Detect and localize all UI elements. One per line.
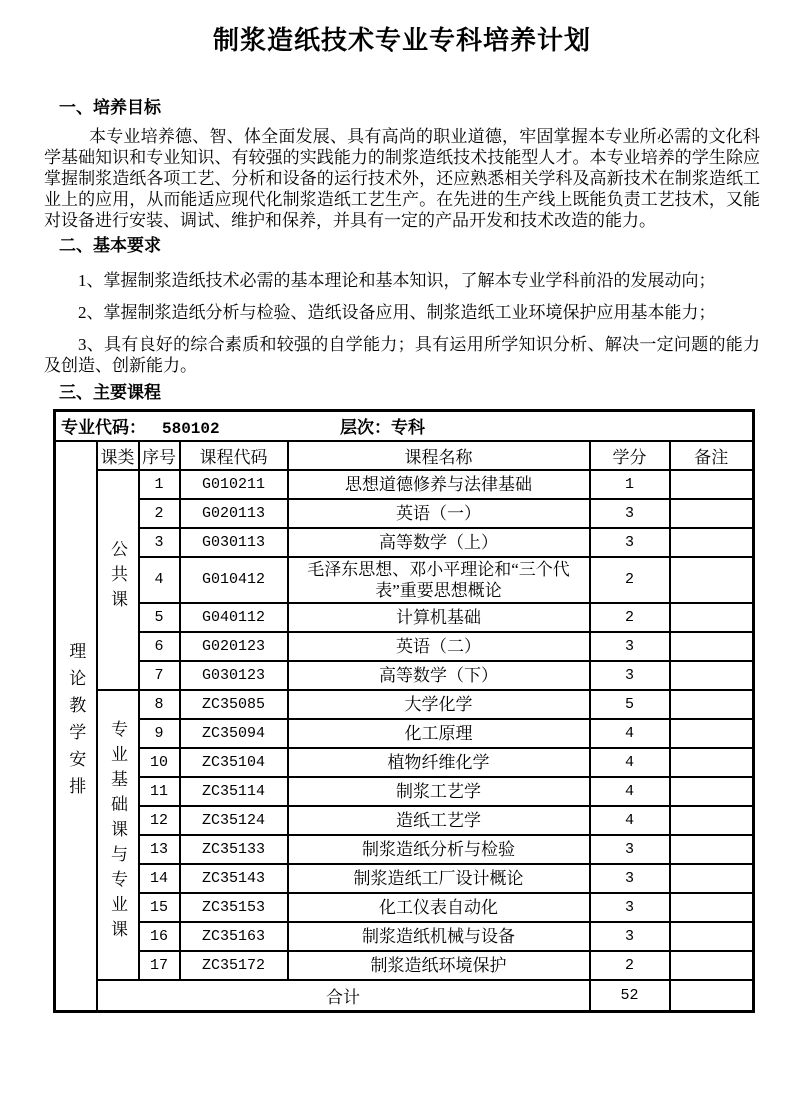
course-note	[670, 748, 754, 777]
course-credits: 3	[590, 893, 670, 922]
course-name: 思想道德修养与法律基础	[288, 470, 590, 499]
course-code: G010211	[180, 470, 288, 499]
course-name: 化工仪表自动化	[288, 893, 590, 922]
course-credits: 3	[590, 528, 670, 557]
table-row: 公共课1 G010211 思想道德修养与法律基础 1	[55, 470, 754, 499]
document-page: 制浆造纸技术专业专科培养计划 一、培养目标 本专业培养德、智、体全面发展、具有高…	[0, 22, 800, 1013]
course-name: 大学化学	[288, 690, 590, 719]
table-row: 13 ZC35133 制浆造纸分析与检验 3	[55, 835, 754, 864]
course-no: 11	[139, 777, 180, 806]
course-note	[670, 499, 754, 528]
course-credits: 1	[590, 470, 670, 499]
requirement-item-2: 2、掌握制浆造纸分析与检验、造纸设备应用、制浆造纸工业环境保护应用基本能力；	[44, 302, 760, 323]
column-header-no: 序号	[139, 441, 180, 470]
column-header-credits: 学分	[590, 441, 670, 470]
table-row: 16 ZC35163 制浆造纸机械与设备 3	[55, 922, 754, 951]
course-note	[670, 922, 754, 951]
table-header-row: 理论教学安排 课类 序号 课程代码 课程名称 学分 备注	[55, 441, 754, 470]
course-note	[670, 603, 754, 632]
level-value: 专科	[391, 413, 425, 438]
table-meta-cell: 专业代码：580102 层次：专科	[55, 411, 754, 441]
course-credits: 2	[590, 557, 670, 603]
course-credits: 3	[590, 835, 670, 864]
course-no: 8	[139, 690, 180, 719]
course-note	[670, 690, 754, 719]
table-row: 9 ZC35094 化工原理 4	[55, 719, 754, 748]
course-note	[670, 777, 754, 806]
course-no: 16	[139, 922, 180, 951]
course-no: 4	[139, 557, 180, 603]
table-row: 2 G020113 英语（一） 3	[55, 499, 754, 528]
course-note	[670, 893, 754, 922]
course-no: 1	[139, 470, 180, 499]
course-name: 高等数学（上）	[288, 528, 590, 557]
table-row: 17 ZC35172 制浆造纸环境保护 2	[55, 951, 754, 980]
course-no: 9	[139, 719, 180, 748]
table-row: 12 ZC35124 造纸工艺学 4	[55, 806, 754, 835]
course-note	[670, 557, 754, 603]
course-name: 造纸工艺学	[288, 806, 590, 835]
course-no: 7	[139, 661, 180, 690]
course-code: G040112	[180, 603, 288, 632]
course-name: 英语（二）	[288, 632, 590, 661]
training-objectives-heading: 一、培养目标	[59, 97, 760, 119]
requirement-item-1: 1、掌握制浆造纸技术必需的基本理论和基本知识，了解本专业学科前沿的发展动向；	[44, 270, 760, 291]
total-label: 合计	[97, 980, 590, 1012]
course-note	[670, 719, 754, 748]
course-name: 制浆造纸分析与检验	[288, 835, 590, 864]
course-no: 6	[139, 632, 180, 661]
course-code: ZC35143	[180, 864, 288, 893]
course-code: ZC35085	[180, 690, 288, 719]
column-header-name: 课程名称	[288, 441, 590, 470]
table-row: 7 G030123 高等数学（下） 3	[55, 661, 754, 690]
course-code: ZC35124	[180, 806, 288, 835]
course-code: G030113	[180, 528, 288, 557]
course-name: 制浆造纸环境保护	[288, 951, 590, 980]
course-no: 3	[139, 528, 180, 557]
course-name: 植物纤维化学	[288, 748, 590, 777]
course-code: G020123	[180, 632, 288, 661]
side-label-theory-teaching: 理论教学安排	[55, 441, 97, 1012]
course-code: G010412	[180, 557, 288, 603]
course-no: 5	[139, 603, 180, 632]
course-name: 高等数学（下）	[288, 661, 590, 690]
course-no: 14	[139, 864, 180, 893]
course-code: ZC35163	[180, 922, 288, 951]
table-row: 14 ZC35143 制浆造纸工厂设计概论 3	[55, 864, 754, 893]
main-courses-heading: 三、主要课程	[59, 382, 760, 404]
course-code: G030123	[180, 661, 288, 690]
course-note	[670, 632, 754, 661]
table-row: 3 G030113 高等数学（上） 3	[55, 528, 754, 557]
table-row: 15 ZC35153 化工仪表自动化 3	[55, 893, 754, 922]
total-note	[670, 980, 754, 1012]
course-code: ZC35133	[180, 835, 288, 864]
course-code: ZC35094	[180, 719, 288, 748]
course-group-label: 公共课	[97, 470, 139, 690]
basic-requirements-heading: 二、基本要求	[59, 235, 760, 257]
course-name: 制浆造纸机械与设备	[288, 922, 590, 951]
course-credits: 4	[590, 748, 670, 777]
course-note	[670, 835, 754, 864]
course-note	[670, 951, 754, 980]
column-header-note: 备注	[670, 441, 754, 470]
course-group-label: 专业基础课与专业课	[97, 690, 139, 980]
course-no: 15	[139, 893, 180, 922]
course-no: 12	[139, 806, 180, 835]
course-credits: 4	[590, 777, 670, 806]
table-row: 6 G020123 英语（二） 3	[55, 632, 754, 661]
course-name: 化工原理	[288, 719, 590, 748]
course-no: 2	[139, 499, 180, 528]
course-name: 制浆造纸工厂设计概论	[288, 864, 590, 893]
course-no: 10	[139, 748, 180, 777]
course-credits: 3	[590, 632, 670, 661]
training-objectives-paragraph: 本专业培养德、智、体全面发展、具有高尚的职业道德，牢固掌握本专业所必需的文化科学…	[44, 126, 760, 231]
course-credits: 2	[590, 951, 670, 980]
course-credits: 5	[590, 690, 670, 719]
course-credits: 3	[590, 922, 670, 951]
course-credits: 3	[590, 499, 670, 528]
major-code-label: 专业代码：	[61, 418, 146, 437]
course-name: 毛泽东思想、邓小平理论和“三个代表”重要思想概论	[288, 557, 590, 603]
table-row: 11 ZC35114 制浆工艺学 4	[55, 777, 754, 806]
course-credits: 4	[590, 719, 670, 748]
major-code-value: 580102	[162, 420, 220, 438]
course-code: G020113	[180, 499, 288, 528]
course-no: 13	[139, 835, 180, 864]
course-note	[670, 806, 754, 835]
course-code: ZC35153	[180, 893, 288, 922]
course-credits: 3	[590, 864, 670, 893]
total-credits: 52	[590, 980, 670, 1012]
level-label: 层次：	[340, 413, 391, 438]
table-row: 专业基础课与专业课8 ZC35085 大学化学 5	[55, 690, 754, 719]
column-header-category: 课类	[97, 441, 139, 470]
course-code: ZC35172	[180, 951, 288, 980]
table-meta-row: 专业代码：580102 层次：专科	[55, 411, 754, 441]
column-header-code: 课程代码	[180, 441, 288, 470]
course-code: ZC35114	[180, 777, 288, 806]
course-name: 制浆工艺学	[288, 777, 590, 806]
course-table: 专业代码：580102 层次：专科 理论教学安排 课类 序号 课程代码 课程名称…	[53, 409, 755, 1013]
table-row: 5 G040112 计算机基础 2	[55, 603, 754, 632]
course-credits: 3	[590, 661, 670, 690]
course-note	[670, 864, 754, 893]
course-note	[670, 470, 754, 499]
course-no: 17	[139, 951, 180, 980]
course-table-rows: 专业代码：580102 层次：专科 理论教学安排 课类 序号 课程代码 课程名称…	[55, 411, 754, 1012]
course-note	[670, 528, 754, 557]
course-name: 英语（一）	[288, 499, 590, 528]
course-credits: 4	[590, 806, 670, 835]
requirement-item-3: 3、具有良好的综合素质和较强的自学能力；具有运用所学知识分析、解决一定问题的能力…	[44, 334, 760, 376]
page-title: 制浆造纸技术专业专科培养计划	[44, 22, 760, 58]
total-row: 合计 52	[55, 980, 754, 1012]
course-name: 计算机基础	[288, 603, 590, 632]
table-row: 4 G010412 毛泽东思想、邓小平理论和“三个代表”重要思想概论 2	[55, 557, 754, 603]
course-credits: 2	[590, 603, 670, 632]
course-code: ZC35104	[180, 748, 288, 777]
table-row: 10 ZC35104 植物纤维化学 4	[55, 748, 754, 777]
level-group: 层次：专科	[340, 412, 425, 440]
course-note	[670, 661, 754, 690]
